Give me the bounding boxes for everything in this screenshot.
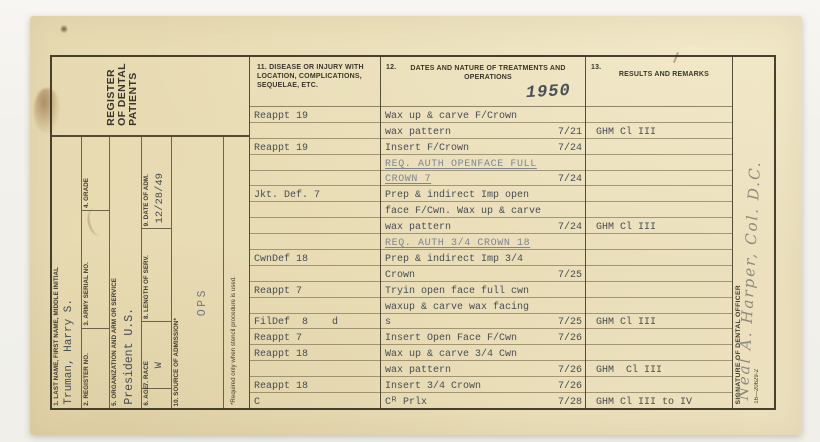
disease-row: Reappt 19	[250, 139, 380, 155]
disease-rows: Reappt 19Reappt 19Jkt. Def. 7CwnDef 18Re…	[250, 107, 380, 408]
result-row	[586, 234, 732, 250]
treatment-entry: CROWN 7	[381, 174, 431, 185]
army-serial-label: 3. ARMY SERIAL NO.	[83, 262, 90, 326]
treatment-entry: wax pattern	[381, 365, 451, 376]
field-date-of-adm: 9. DATE OF ADM. 12/28/49	[142, 137, 171, 229]
disease-row: C	[250, 393, 380, 408]
result-row	[586, 345, 732, 361]
result-entry: GHM Cl III	[586, 222, 656, 233]
result-entry: GHM Cl III	[586, 317, 656, 328]
column-disease-or-injury: 11. DISEASE OR INJURY WITH LOCATION, COM…	[249, 57, 380, 408]
field-name: 1. LAST NAME, FIRST NAME, MIDDLE INITIAL…	[52, 137, 82, 408]
treatment-entry: s	[381, 317, 391, 328]
name-label: 1. LAST NAME, FIRST NAME, MIDDLE INITIAL	[53, 267, 60, 406]
disease-entry: Reappt 18	[250, 381, 308, 392]
form-border: REGISTER OF DENTAL PATIENTS 1. LAST NAME…	[50, 55, 776, 410]
source-of-admission-label: 10. SOURCE OF ADMISSION*	[173, 318, 180, 406]
result-row	[586, 139, 732, 155]
disease-row: FilDef 8 d	[250, 314, 380, 330]
treatment-row: face F/Cwn. Wax up & carve	[381, 202, 585, 218]
name-value: Truman, Harry S.	[63, 299, 75, 405]
disease-entry: Reappt 19	[250, 143, 308, 154]
disease-entry: Jkt. Def. 7	[250, 190, 320, 201]
field-age: 6. AGE	[142, 389, 171, 408]
treatment-row: REQ. AUTH 3/4 CROWN 18	[381, 234, 585, 250]
treatment-date: 7/24	[558, 143, 585, 154]
treatment-entry: REQ. AUTH 3/4 CROWN 18	[381, 238, 530, 249]
treatment-row: wax pattern7/21	[381, 123, 585, 139]
result-entry: GHM Cl III to IV	[586, 397, 692, 408]
result-row	[586, 250, 732, 266]
treatment-row: Prep & indirect Imp 3/4	[381, 250, 585, 266]
disease-row: CwnDef 18	[250, 250, 380, 266]
disease-row	[250, 218, 380, 234]
result-row	[586, 377, 732, 393]
disease-row: Reappt 7	[250, 329, 380, 345]
result-row	[586, 202, 732, 218]
treatment-entry: wax pattern	[381, 222, 451, 233]
result-row	[586, 266, 732, 282]
column-results-and-remarks: 13. RESULTS AND REMARKS GHM Cl IIIGHM Cl…	[585, 57, 732, 408]
treatment-row: s7/25	[381, 314, 585, 330]
result-row	[586, 171, 732, 187]
footnote: *Required only when stencil procedure is…	[230, 276, 237, 405]
date-of-adm-value: 12/28/49	[154, 173, 166, 223]
result-row	[586, 107, 732, 123]
results-column-number: 13.	[591, 63, 601, 72]
disease-row: Reappt 18	[250, 345, 380, 361]
disease-entry: FilDef 8 d	[250, 317, 338, 328]
treatment-date: 7/25	[558, 270, 585, 281]
result-row	[586, 329, 732, 345]
treatment-date: 7/21	[558, 127, 585, 138]
treatment-date: 7/24	[558, 222, 585, 233]
treatment-date: 7/26	[558, 333, 585, 344]
field-army-serial-no: 3. ARMY SERIAL NO.	[82, 211, 109, 329]
year-annotation: 1950	[526, 81, 572, 105]
result-entry: GHM Cl III	[586, 365, 662, 376]
treatment-date: 7/28	[558, 397, 585, 408]
treatment-row: REQ. AUTH OPENFACE FULL	[381, 155, 585, 171]
result-rows: GHM Cl IIIGHM Cl IIIGHM Cl IIIGHM Cl III…	[586, 107, 732, 408]
result-row: GHM Cl III	[586, 314, 732, 330]
treatment-date: 7/26	[558, 381, 585, 392]
treatment-date: 7/26	[558, 365, 585, 376]
race-label: 7. RACE	[143, 361, 150, 386]
date-of-adm-label: 9. DATE OF ADM.	[143, 174, 150, 226]
title-band: REGISTER OF DENTAL PATIENTS	[52, 57, 249, 137]
identification-section: REGISTER OF DENTAL PATIENTS 1. LAST NAME…	[52, 57, 249, 408]
treatment-row: Crown7/25	[381, 266, 585, 282]
result-row: GHM Cl III to IV	[586, 393, 732, 408]
treatment-row: waxup & carve wax facing	[381, 298, 585, 314]
disease-row	[250, 171, 380, 187]
disease-entry: Reappt 18	[250, 349, 308, 360]
treatment-entry: Cᴿ Prlx	[381, 397, 427, 408]
age-label: 6. AGE	[143, 385, 150, 406]
treatment-entry: Tryin open face full cwn	[381, 286, 529, 297]
disease-column-header: 11. DISEASE OR INJURY WITH LOCATION, COM…	[250, 57, 380, 107]
footnote-strip: *Required only when stencil procedure is…	[224, 137, 249, 408]
treatment-row: Cᴿ Prlx7/28	[381, 393, 585, 408]
source-of-admission-value: OPS	[196, 288, 209, 316]
result-row: GHM Cl III	[586, 123, 732, 139]
disease-row: Reappt 7	[250, 282, 380, 298]
treatment-entry: REQ. AUTH OPENFACE FULL	[381, 159, 537, 170]
disease-row: Reappt 18	[250, 377, 380, 393]
treatment-entry: Insert F/Crown	[381, 143, 469, 154]
treatment-row: wax pattern7/26	[381, 361, 585, 377]
disease-entry: Reappt 19	[250, 111, 308, 122]
treatment-entry: Insert Open Face F/Cwn	[381, 333, 517, 344]
result-row: GHM Cl III	[586, 218, 732, 234]
result-entry: GHM Cl III	[586, 127, 656, 138]
field-race: 7. RACE W	[142, 322, 171, 389]
results-column-title: RESULTS AND REMARKS	[586, 57, 732, 79]
treatment-row: Tryin open face full cwn	[381, 282, 585, 298]
identification-fields: 1. LAST NAME, FIRST NAME, MIDDLE INITIAL…	[52, 137, 249, 408]
disease-row	[250, 298, 380, 314]
treatments-column-number: 12.	[386, 63, 396, 72]
disease-entry: C	[250, 397, 260, 408]
treatment-entry: waxup & carve wax facing	[381, 302, 529, 313]
treatment-date: 7/25	[558, 317, 585, 328]
stain	[60, 24, 68, 34]
treatment-entry: Wax up & carve F/Crown	[381, 111, 517, 122]
disease-row	[250, 202, 380, 218]
result-row: GHM Cl III	[586, 361, 732, 377]
treatment-row: Insert 3/4 Crown7/26	[381, 377, 585, 393]
disease-row: Jkt. Def. 7	[250, 186, 380, 202]
result-row	[586, 186, 732, 202]
treatment-entry: Wax up & carve 3/4 Cwn	[381, 349, 517, 360]
scanned-dental-register-card: REGISTER OF DENTAL PATIENTS 1. LAST NAME…	[30, 16, 802, 435]
field-length-of-serv: 8. LENGTH OF SERV.	[142, 229, 171, 322]
treatment-entry: Prep & indirect Imp 3/4	[381, 254, 523, 265]
field-source-of-admission: 10. SOURCE OF ADMISSION* OPS	[172, 137, 224, 408]
disease-row	[250, 266, 380, 282]
disease-entry: Reappt 7	[250, 286, 302, 297]
treatment-row: Insert F/Crown7/24	[381, 139, 585, 155]
treatment-row: Insert Open Face F/Cwn7/26	[381, 329, 585, 345]
disease-entry: CwnDef 18	[250, 254, 308, 265]
treatment-entry: Crown	[381, 270, 415, 281]
disease-entry: Reappt 7	[250, 333, 302, 344]
treatment-rows: Wax up & carve F/Crownwax pattern7/21Ins…	[381, 107, 585, 408]
dental-officer-signature: Neal A. Harper, Col. D.C.	[734, 159, 765, 400]
treatment-row: Prep & indirect Imp open	[381, 186, 585, 202]
treatment-row: wax pattern7/24	[381, 218, 585, 234]
result-row	[586, 155, 732, 171]
disease-row	[250, 123, 380, 139]
treatment-entry: face F/Cwn. Wax up & carve	[381, 206, 541, 217]
organization-value: President U.S.	[123, 308, 136, 405]
treatments-column-title: DATES AND NATURE OF TREATMENTS AND OPERA…	[381, 57, 585, 82]
disease-row	[250, 361, 380, 377]
disease-row	[250, 234, 380, 250]
field-age-race-serv-adm: 9. DATE OF ADM. 12/28/49 8. LENGTH OF SE…	[142, 137, 172, 408]
field-grade-serial-register: 4. GRADE 3. ARMY SERIAL NO. 2. REGISTER …	[82, 137, 110, 408]
result-row	[586, 282, 732, 298]
form-title: REGISTER OF DENTAL PATIENTS	[106, 63, 139, 126]
organization-label: 5. ORGANIZATION AND ARM OR SERVICE	[111, 278, 118, 406]
disease-row	[250, 155, 380, 171]
race-value: W	[153, 362, 165, 368]
treatment-entry: wax pattern	[381, 127, 451, 138]
field-grade: 4. GRADE	[82, 137, 109, 211]
field-register-no: 2. REGISTER NO.	[82, 329, 109, 408]
treatment-row: Wax up & carve 3/4 Cwn	[381, 345, 585, 361]
results-column-header: 13. RESULTS AND REMARKS	[586, 57, 732, 107]
register-no-label: 2. REGISTER NO.	[83, 353, 90, 406]
field-organization: 5. ORGANIZATION AND ARM OR SERVICE Presi…	[110, 137, 142, 408]
treatments-column-header: 12. DATES AND NATURE OF TREATMENTS AND O…	[381, 57, 585, 107]
treatment-entry: Insert 3/4 Crown	[381, 381, 481, 392]
disease-row: Reappt 19	[250, 107, 380, 123]
treatment-entry: Prep & indirect Imp open	[381, 190, 529, 201]
form-number: 16—20629-2	[754, 369, 760, 404]
column-dates-and-treatments: 12. DATES AND NATURE OF TREATMENTS AND O…	[380, 57, 585, 408]
treatment-date: 7/24	[558, 174, 585, 185]
treatment-row: Wax up & carve F/Crown	[381, 107, 585, 123]
length-of-serv-label: 8. LENGTH OF SERV.	[143, 255, 150, 319]
grade-label: 4. GRADE	[83, 178, 90, 208]
signature-strip: SIGNATURE OF DENTAL OFFICER 16—20629-2 N…	[732, 57, 778, 408]
treatment-row: CROWN 77/24	[381, 171, 585, 187]
result-row	[586, 298, 732, 314]
